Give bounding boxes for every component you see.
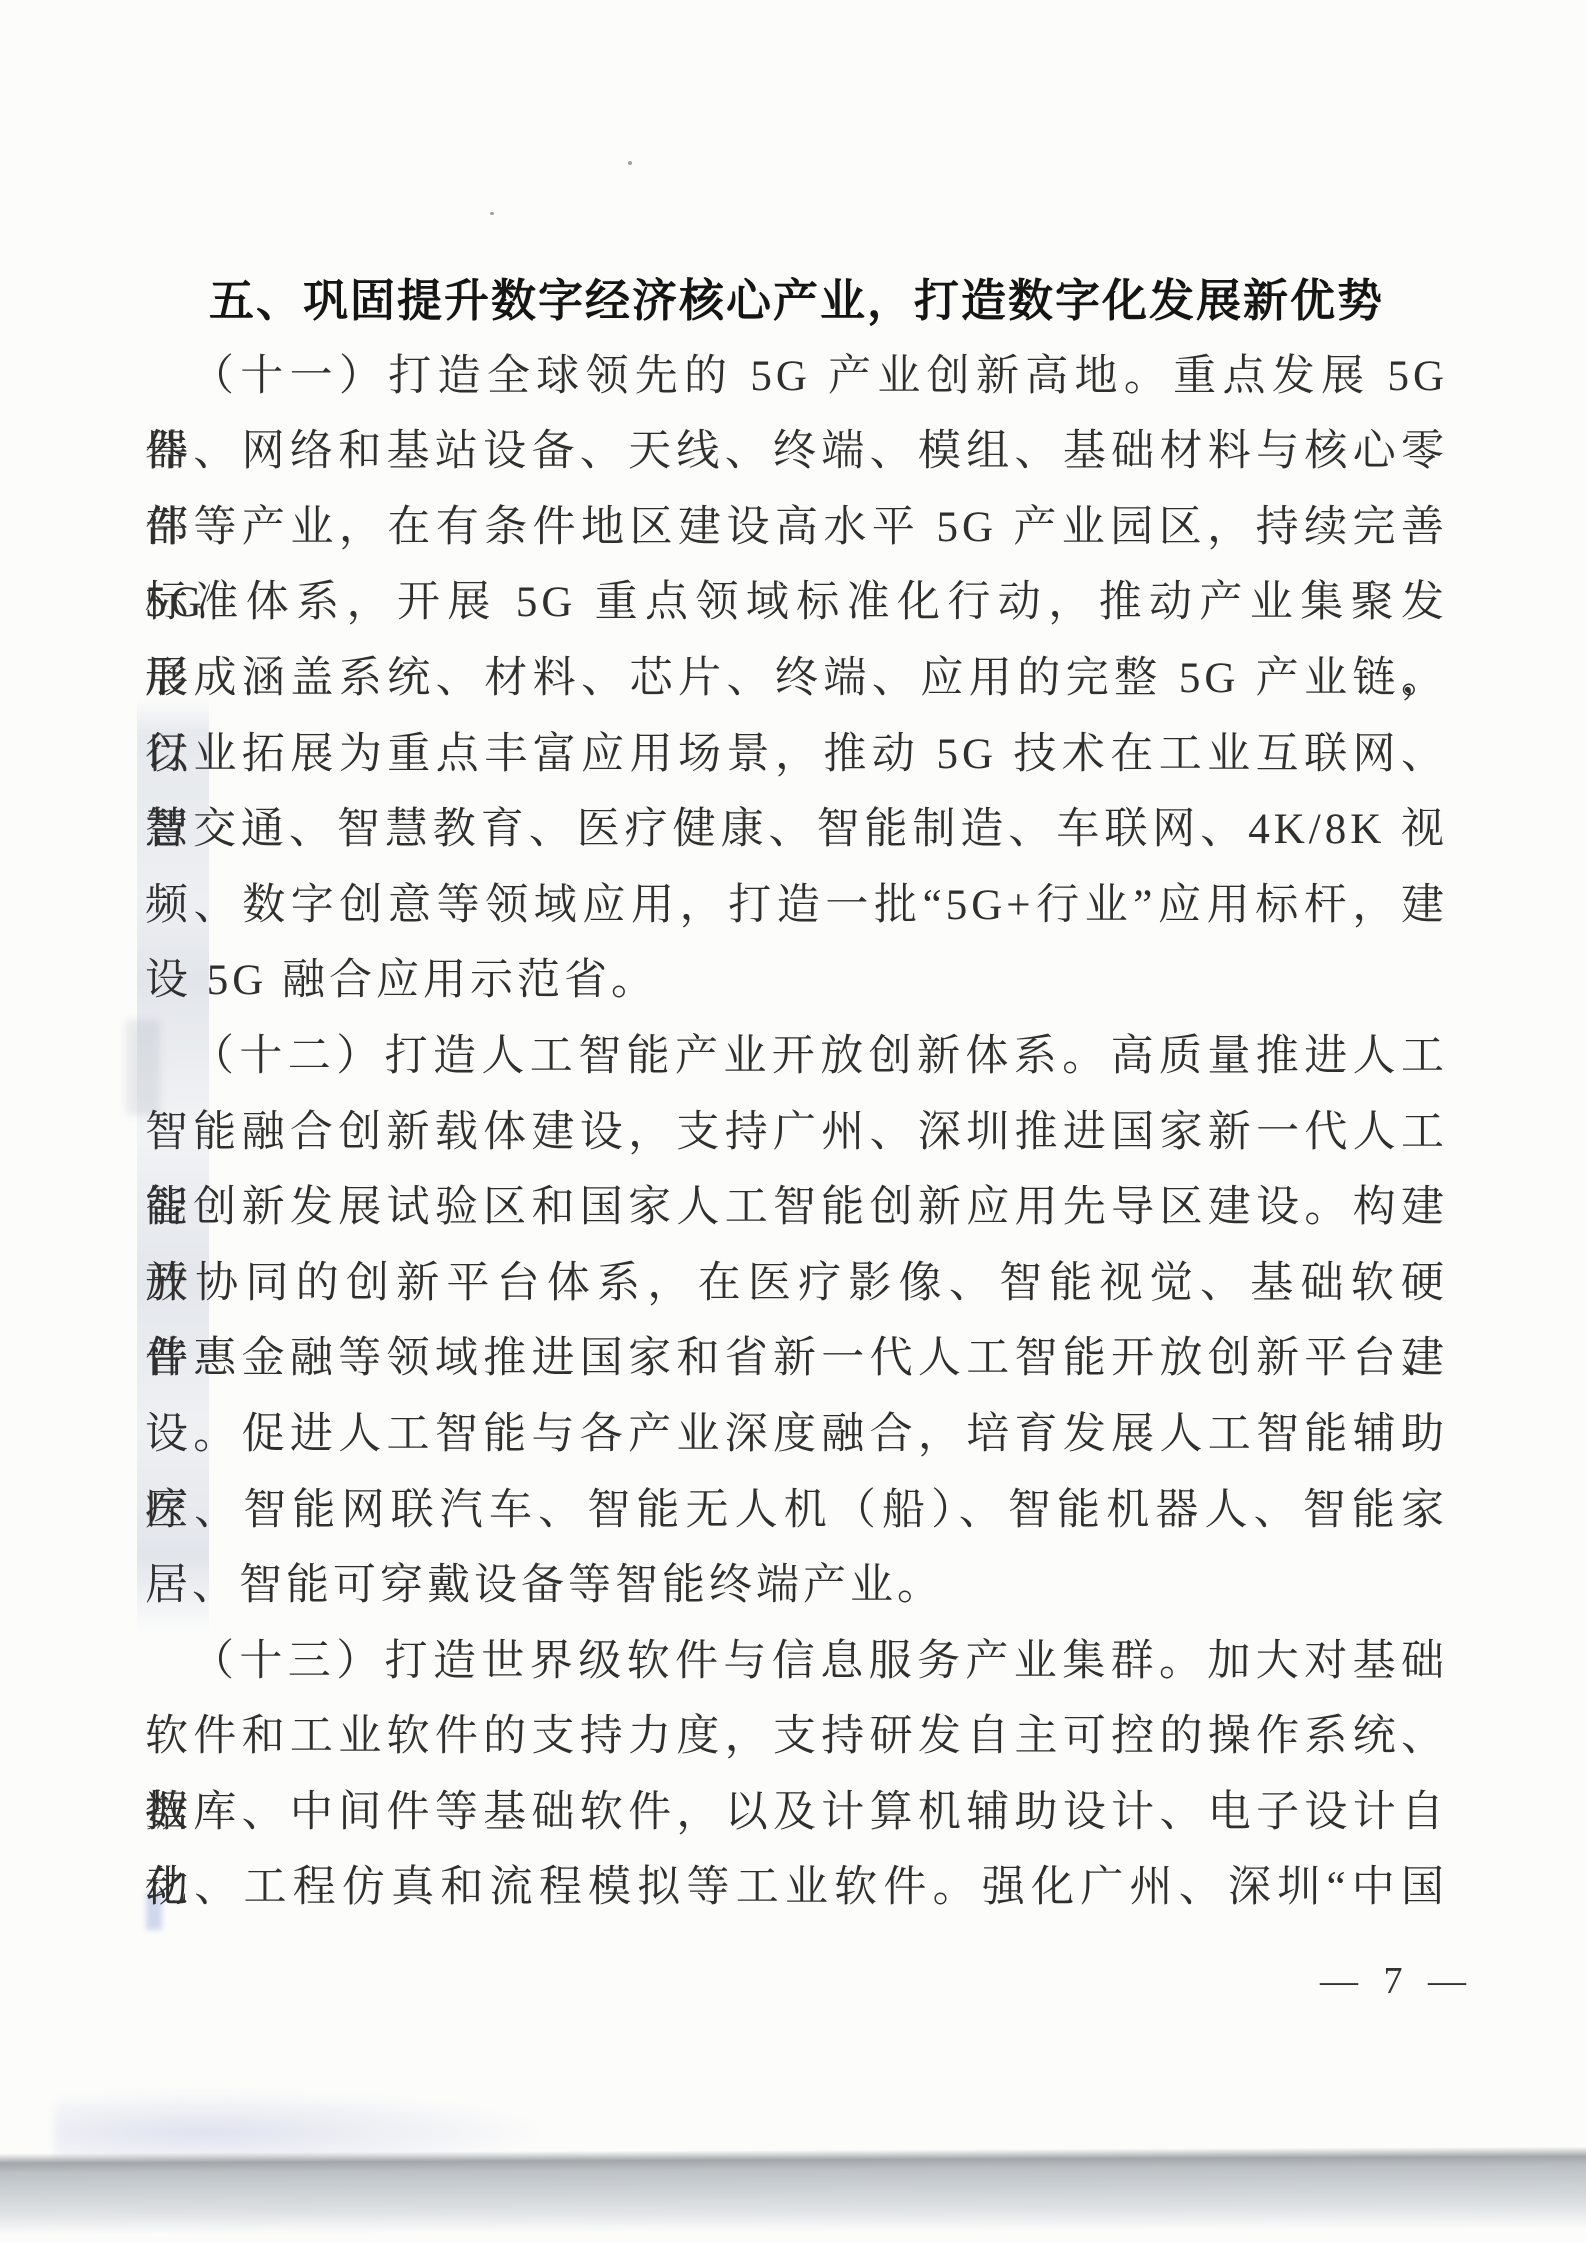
text-line: 能创新发展试验区和国家人工智能创新应用先导区建设。构建开 bbox=[145, 1170, 1448, 1246]
text-line: 件、网络和基站设备、天线、终端、模组、基础材料与核心零部 bbox=[145, 414, 1448, 490]
text-line: （十一）打造全球领先的 5G 产业创新高地。重点发展 5G 器 bbox=[145, 339, 1448, 415]
text-line: 软件和工业软件的支持力度，支持研发自主可控的操作系统、数 bbox=[145, 1699, 1448, 1775]
section-heading: 五、巩固提升数字经济核心产业，打造数字化发展新优势 bbox=[145, 263, 1448, 339]
scan-speck bbox=[628, 161, 632, 165]
document-page: 五、巩固提升数字经济核心产业，打造数字化发展新优势（十一）打造全球领先的 5G … bbox=[0, 0, 1586, 2242]
scan-speck bbox=[490, 212, 494, 215]
text-line: （十三）打造世界级软件与信息服务产业集群。加大对基础 bbox=[145, 1624, 1448, 1700]
text-line: 居、智能可穿戴设备等智能终端产业。 bbox=[145, 1548, 1448, 1624]
text-line: 标准体系，开展 5G 重点领域标准化行动，推动产业集聚发展， bbox=[145, 565, 1448, 641]
page-number: — 7 — bbox=[1320, 1948, 1474, 2014]
text-line: 设。促进人工智能与各产业深度融合，培育发展人工智能辅助医 bbox=[145, 1397, 1448, 1473]
text-line: 频、数字创意等领域应用，打造一批“5G+行业”应用标杆，建 bbox=[145, 868, 1448, 944]
text-line: 普惠金融等领域推进国家和省新一代人工智能开放创新平台建 bbox=[145, 1321, 1448, 1397]
text-line: 设 5G 融合应用示范省。 bbox=[145, 943, 1448, 1019]
text-line: 行业拓展为重点丰富应用场景，推动 5G 技术在工业互联网、智 bbox=[145, 717, 1448, 793]
text-line: 智能融合创新载体建设，支持广州、深圳推进国家新一代人工智 bbox=[145, 1095, 1448, 1171]
document-text: 五、巩固提升数字经济核心产业，打造数字化发展新优势（十一）打造全球领先的 5G … bbox=[145, 263, 1448, 1926]
text-line: 件等产业，在有条件地区建设高水平 5G 产业园区，持续完善 5G bbox=[145, 490, 1448, 566]
text-line: 慧交通、智慧教育、医疗健康、智能制造、车联网、4K/8K 视 bbox=[145, 792, 1448, 868]
scan-edge-band bbox=[0, 2146, 1586, 2235]
text-line: （十二）打造人工智能产业开放创新体系。高质量推进人工 bbox=[145, 1019, 1448, 1095]
text-line: 形成涵盖系统、材料、芯片、终端、应用的完整 5G 产业链。以 bbox=[145, 641, 1448, 717]
text-line: 化、工程仿真和流程模拟等工业软件。强化广州、深圳“中国 bbox=[145, 1850, 1448, 1926]
scan-smudge bbox=[55, 2090, 555, 2160]
text-line: 据库、中间件等基础软件，以及计算机辅助设计、电子设计自动 bbox=[145, 1775, 1448, 1851]
text-line: 放协同的创新平台体系，在医疗影像、智能视觉、基础软硬件、 bbox=[145, 1246, 1448, 1322]
text-line: 疗、智能网联汽车、智能无人机（船）、智能机器人、智能家 bbox=[145, 1473, 1448, 1549]
